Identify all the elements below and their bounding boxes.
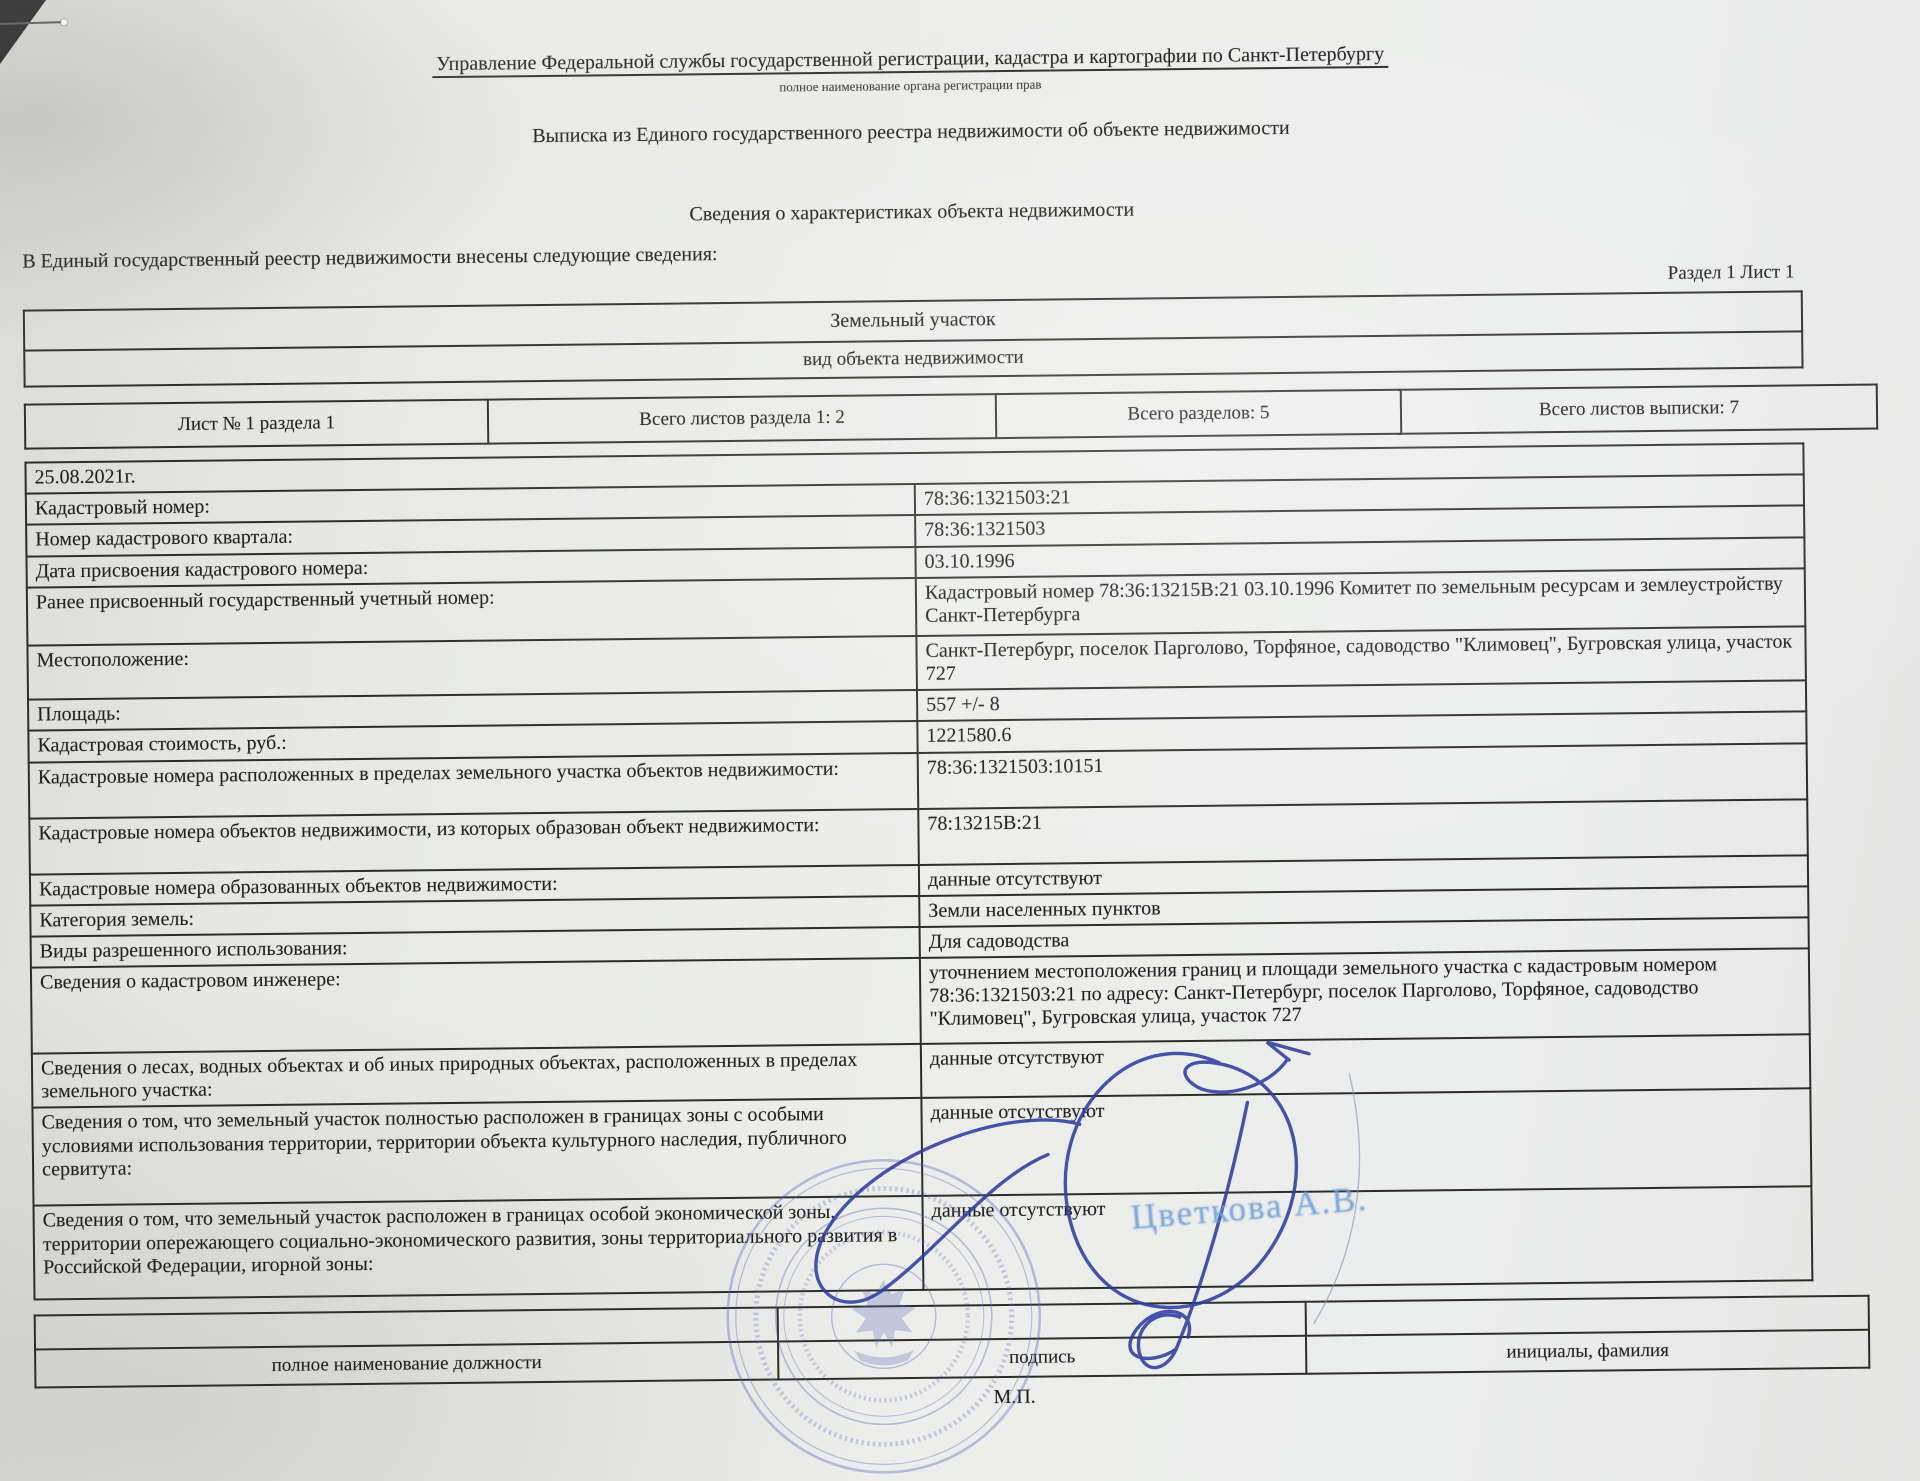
- row-label: Кадастровые номера объектов недвижимости…: [29, 808, 919, 874]
- sheet-cell: Лист № 1 раздела 1: [25, 400, 488, 449]
- document-title: Выписка из Единого государственного реес…: [21, 111, 1801, 153]
- position-caption: полное наименование должности: [35, 1342, 778, 1388]
- section-title: Сведения о характеристиках объекта недви…: [22, 191, 1802, 233]
- sheet-cell: Всего листов раздела 1: 2: [488, 394, 996, 443]
- scratch-mark: [0, 21, 64, 25]
- sheet-cell: Всего разделов: 5: [996, 390, 1401, 438]
- row-value: Кадастровый номер 78:36:13215В:21 03.10.…: [916, 568, 1806, 636]
- sheet-info-table: Лист № 1 раздела 1 Всего листов раздела …: [24, 384, 1878, 450]
- row-value: 78:13215В:21: [918, 799, 1808, 865]
- sheet-info-row: Лист № 1 раздела 1 Всего листов раздела …: [25, 385, 1877, 449]
- row-value: Санкт-Петербург, поселок Парголово, Торф…: [916, 626, 1806, 690]
- sheet-cell: Всего листов выписки: 7: [1401, 385, 1877, 434]
- photo-dark-corner: [0, 0, 46, 64]
- row-value: 78:36:1321503:10151: [918, 743, 1808, 809]
- document-page: Управление Федеральной службы государств…: [20, 36, 1815, 1420]
- authority-heading-text: Управление Федеральной службы государств…: [432, 43, 1388, 78]
- row-label: Местоположение:: [27, 636, 917, 700]
- row-label: Ранее присвоенный государственный учетны…: [27, 578, 917, 646]
- row-label: Кадастровые номера расположенных в преде…: [29, 752, 919, 818]
- scanned-document-photo: { "page": { "authority": "Управление Фед…: [0, 0, 1920, 1481]
- object-type-table: Земельный участок вид объекта недвижимос…: [23, 290, 1804, 387]
